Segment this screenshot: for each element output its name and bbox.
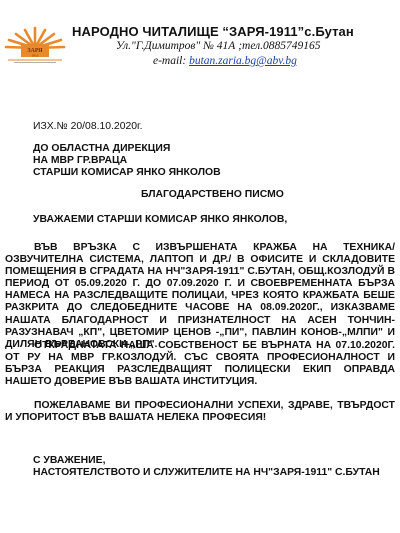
paragraph: ВЪВ ВРЪЗКА С ИЗВЪРШЕНАТА КРАЖБА НА ТЕХНИ… — [5, 242, 395, 351]
paragraph-text: ВЪВ ВРЪЗКА С ИЗВЪРШЕНАТА КРАЖБА НА ТЕХНИ… — [5, 242, 395, 350]
organization-address: Ул."Г.Димитров" № 41А ;тел.0885749165 — [116, 40, 321, 52]
closing-line: С УВАЖЕНИЕ, — [33, 455, 105, 467]
sunrise-logo-icon: ЗАРЯ 1911 — [4, 26, 66, 64]
paragraph: ОТКРАДНАТАТА НАША СОБСТВЕНОСТ БЕ ВЪРНАТА… — [5, 340, 395, 388]
organization-name: НАРОДНО ЧИТАЛИЩЕ “ЗАРЯ-1911”с.Бутан — [72, 24, 354, 39]
paragraph: ПОЖЕЛАВАМЕ ВИ ПРОФЕСИОНАЛНИ УСПЕХИ, ЗДРА… — [5, 400, 395, 424]
letterhead: ЗАРЯ 1911 НАРОДНО ЧИТАЛИЩЕ “ЗАРЯ-1911”с.… — [0, 0, 400, 80]
recipient-line: СТАРШИ КОМИСАР ЯНКО ЯНКОЛОВ — [33, 167, 221, 179]
paragraph-text: ОТКРАДНАТАТА НАША СОБСТВЕНОСТ БЕ ВЪРНАТА… — [5, 340, 395, 387]
paragraph-text: ПОЖЕЛАВАМЕ ВИ ПРОФЕСИОНАЛНИ УСПЕХИ, ЗДРА… — [5, 400, 395, 423]
signature-line: НАСТОЯТЕЛСТВОТО И СЛУЖИТЕЛИТЕ НА НЧ"ЗАРЯ… — [33, 467, 380, 479]
recipient-line: НА МВР ГР.ВРАЦА — [33, 155, 127, 167]
svg-text:1911: 1911 — [32, 54, 39, 58]
reference-number: ИЗХ.№ 20/08.10.2020г. — [33, 121, 142, 133]
email-link[interactable]: butan.zaria.bg@abv.bg — [189, 55, 297, 67]
organization-email-line: e-mail: butan.zaria.bg@abv.bg — [153, 55, 297, 67]
salutation: УВАЖАЕМИ СТАРШИ КОМИСАР ЯНКО ЯНКОЛОВ, — [33, 214, 287, 226]
letter-title: БЛАГОДАРСТВЕНО ПИСМО — [141, 189, 284, 201]
email-label: e-mail: — [153, 55, 189, 67]
recipient-line: ДО ОБЛАСТНА ДИРЕКЦИЯ — [33, 143, 170, 155]
